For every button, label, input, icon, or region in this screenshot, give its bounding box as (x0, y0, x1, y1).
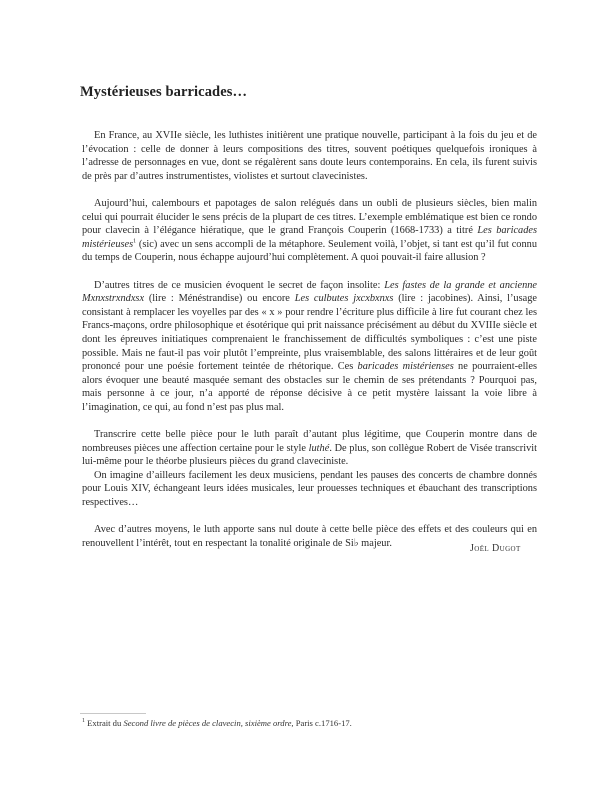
author-signature: Joël Dugot (470, 543, 521, 554)
text-run: D’autres titres de ce musicien évoquent … (94, 280, 384, 291)
footnote-divider (80, 713, 146, 714)
paragraph: On imagine d’ailleurs facilement les deu… (82, 469, 537, 510)
text-run: Aujourd’hui, calembours et papotages de … (82, 198, 537, 236)
article-body: En France, au XVIIe siècle, les luthiste… (82, 129, 537, 564)
paragraph: D’autres titres de ce musicien évoquent … (82, 279, 537, 415)
text-run: En France, au XVIIe siècle, les luthiste… (82, 130, 537, 182)
paragraph: Aujourd’hui, calembours et papotages de … (82, 197, 537, 265)
text-run: On imagine d’ailleurs facilement les deu… (82, 470, 537, 508)
text-run: , Paris c.1716-17. (291, 718, 351, 728)
text-run: Extrait du (85, 718, 123, 728)
footnote: 1 Extrait du Second livre de pièces de c… (82, 718, 352, 728)
text-run: Avec d’autres moyens, le luth apporte sa… (82, 524, 537, 549)
paragraph: En France, au XVIIe siècle, les luthiste… (82, 129, 537, 183)
italic-title: Les culbutes jxcxbxnxs (295, 293, 394, 304)
italic-title: baricades mistérienses (358, 361, 454, 372)
italic-title: luthé (309, 443, 330, 454)
paragraph: Transcrire cette belle pièce pour le lut… (82, 428, 537, 469)
text-run: (lire : Ménéstrandise) ou encore (144, 293, 295, 304)
paragraph: Avec d’autres moyens, le luth apporte sa… (82, 523, 537, 550)
article-title: Mystérieuses barricades… (80, 84, 247, 101)
italic-title: Second livre de pièces de clavecin, sixi… (123, 718, 291, 728)
text-run: (sic) avec un sens accompli de la métaph… (82, 239, 537, 264)
